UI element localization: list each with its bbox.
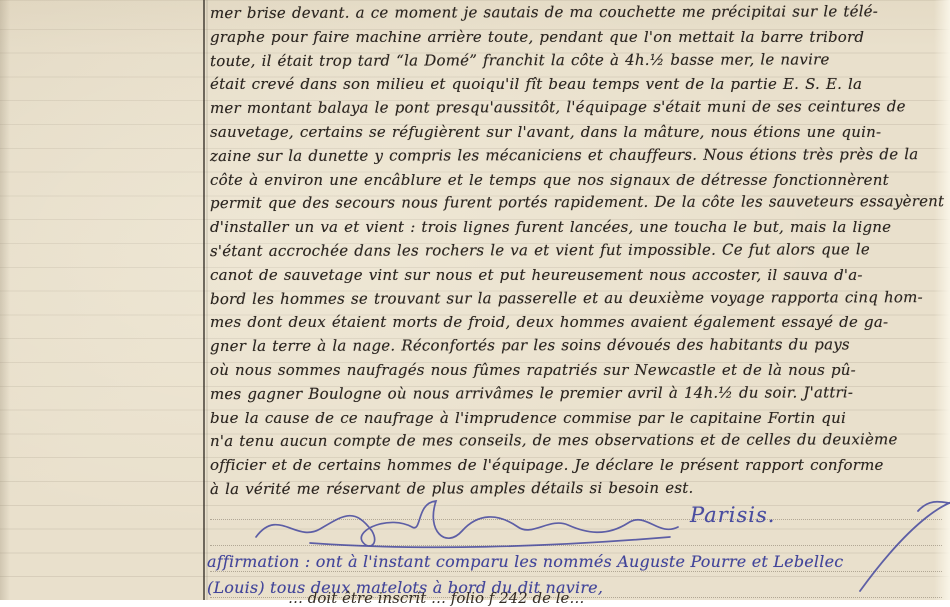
manuscript-page: mer brise devant. a ce moment je sautais… — [0, 0, 950, 600]
handwritten-line: graphe pour faire machine arrière toute,… — [210, 26, 947, 50]
handwritten-line: n'a tenu aucun compte de mes conseils, d… — [210, 428, 947, 454]
partial-bottom-line: … doit être inscrit … folio f 242 de le… — [288, 589, 584, 600]
signature-scrawl-left — [250, 497, 690, 551]
handwritten-line: mer montant balaya le pont presqu'aussit… — [210, 95, 947, 121]
handwritten-line: sauvetage, certains se réfugièrent sur l… — [210, 121, 947, 145]
signature-row: Parisis. — [210, 497, 947, 549]
handwritten-line: était crevé dans son milieu et quoiqu'il… — [210, 73, 947, 97]
handwritten-line: côte à environ une encâblure et le temps… — [210, 169, 947, 193]
affirmation-line: affirmation : ont à l'instant comparu le… — [207, 549, 947, 575]
handwritten-line: permit que des secours nous furent porté… — [210, 190, 947, 216]
handwritten-line: s'étant accrochée dans les rochers le va… — [210, 238, 947, 264]
handwritten-line: mes gagner Boulogne où nous arrivâmes le… — [210, 381, 947, 407]
signature-parisis: Parisis. — [690, 503, 775, 527]
handwritten-line: zaine sur la dunette y compris les mécan… — [210, 143, 947, 169]
handwritten-line: bord les hommes se trouvant sur la passe… — [210, 286, 947, 312]
handwritten-line: canot de sauvetage vint sur nous et put … — [210, 264, 947, 288]
handwritten-line: où nous sommes naufragés nous fûmes rapa… — [210, 359, 947, 383]
manuscript-text-block: mer brise devant. a ce moment je sautais… — [210, 2, 947, 502]
handwritten-line: toute, il était trop tard “la Domé” fran… — [210, 48, 947, 74]
handwritten-line: bue la cause de ce naufrage à l'impruden… — [210, 407, 947, 431]
handwritten-line: d'installer un va et vient : trois ligne… — [210, 216, 947, 240]
handwritten-line: mes dont deux étaient morts de froid, de… — [210, 311, 947, 335]
handwritten-line: mer brise devant. a ce moment je sautais… — [210, 0, 947, 26]
page-left-shadow — [0, 0, 10, 600]
handwritten-line: gner la terre à la nage. Réconfortés par… — [210, 333, 947, 359]
margin-rule — [203, 0, 205, 600]
